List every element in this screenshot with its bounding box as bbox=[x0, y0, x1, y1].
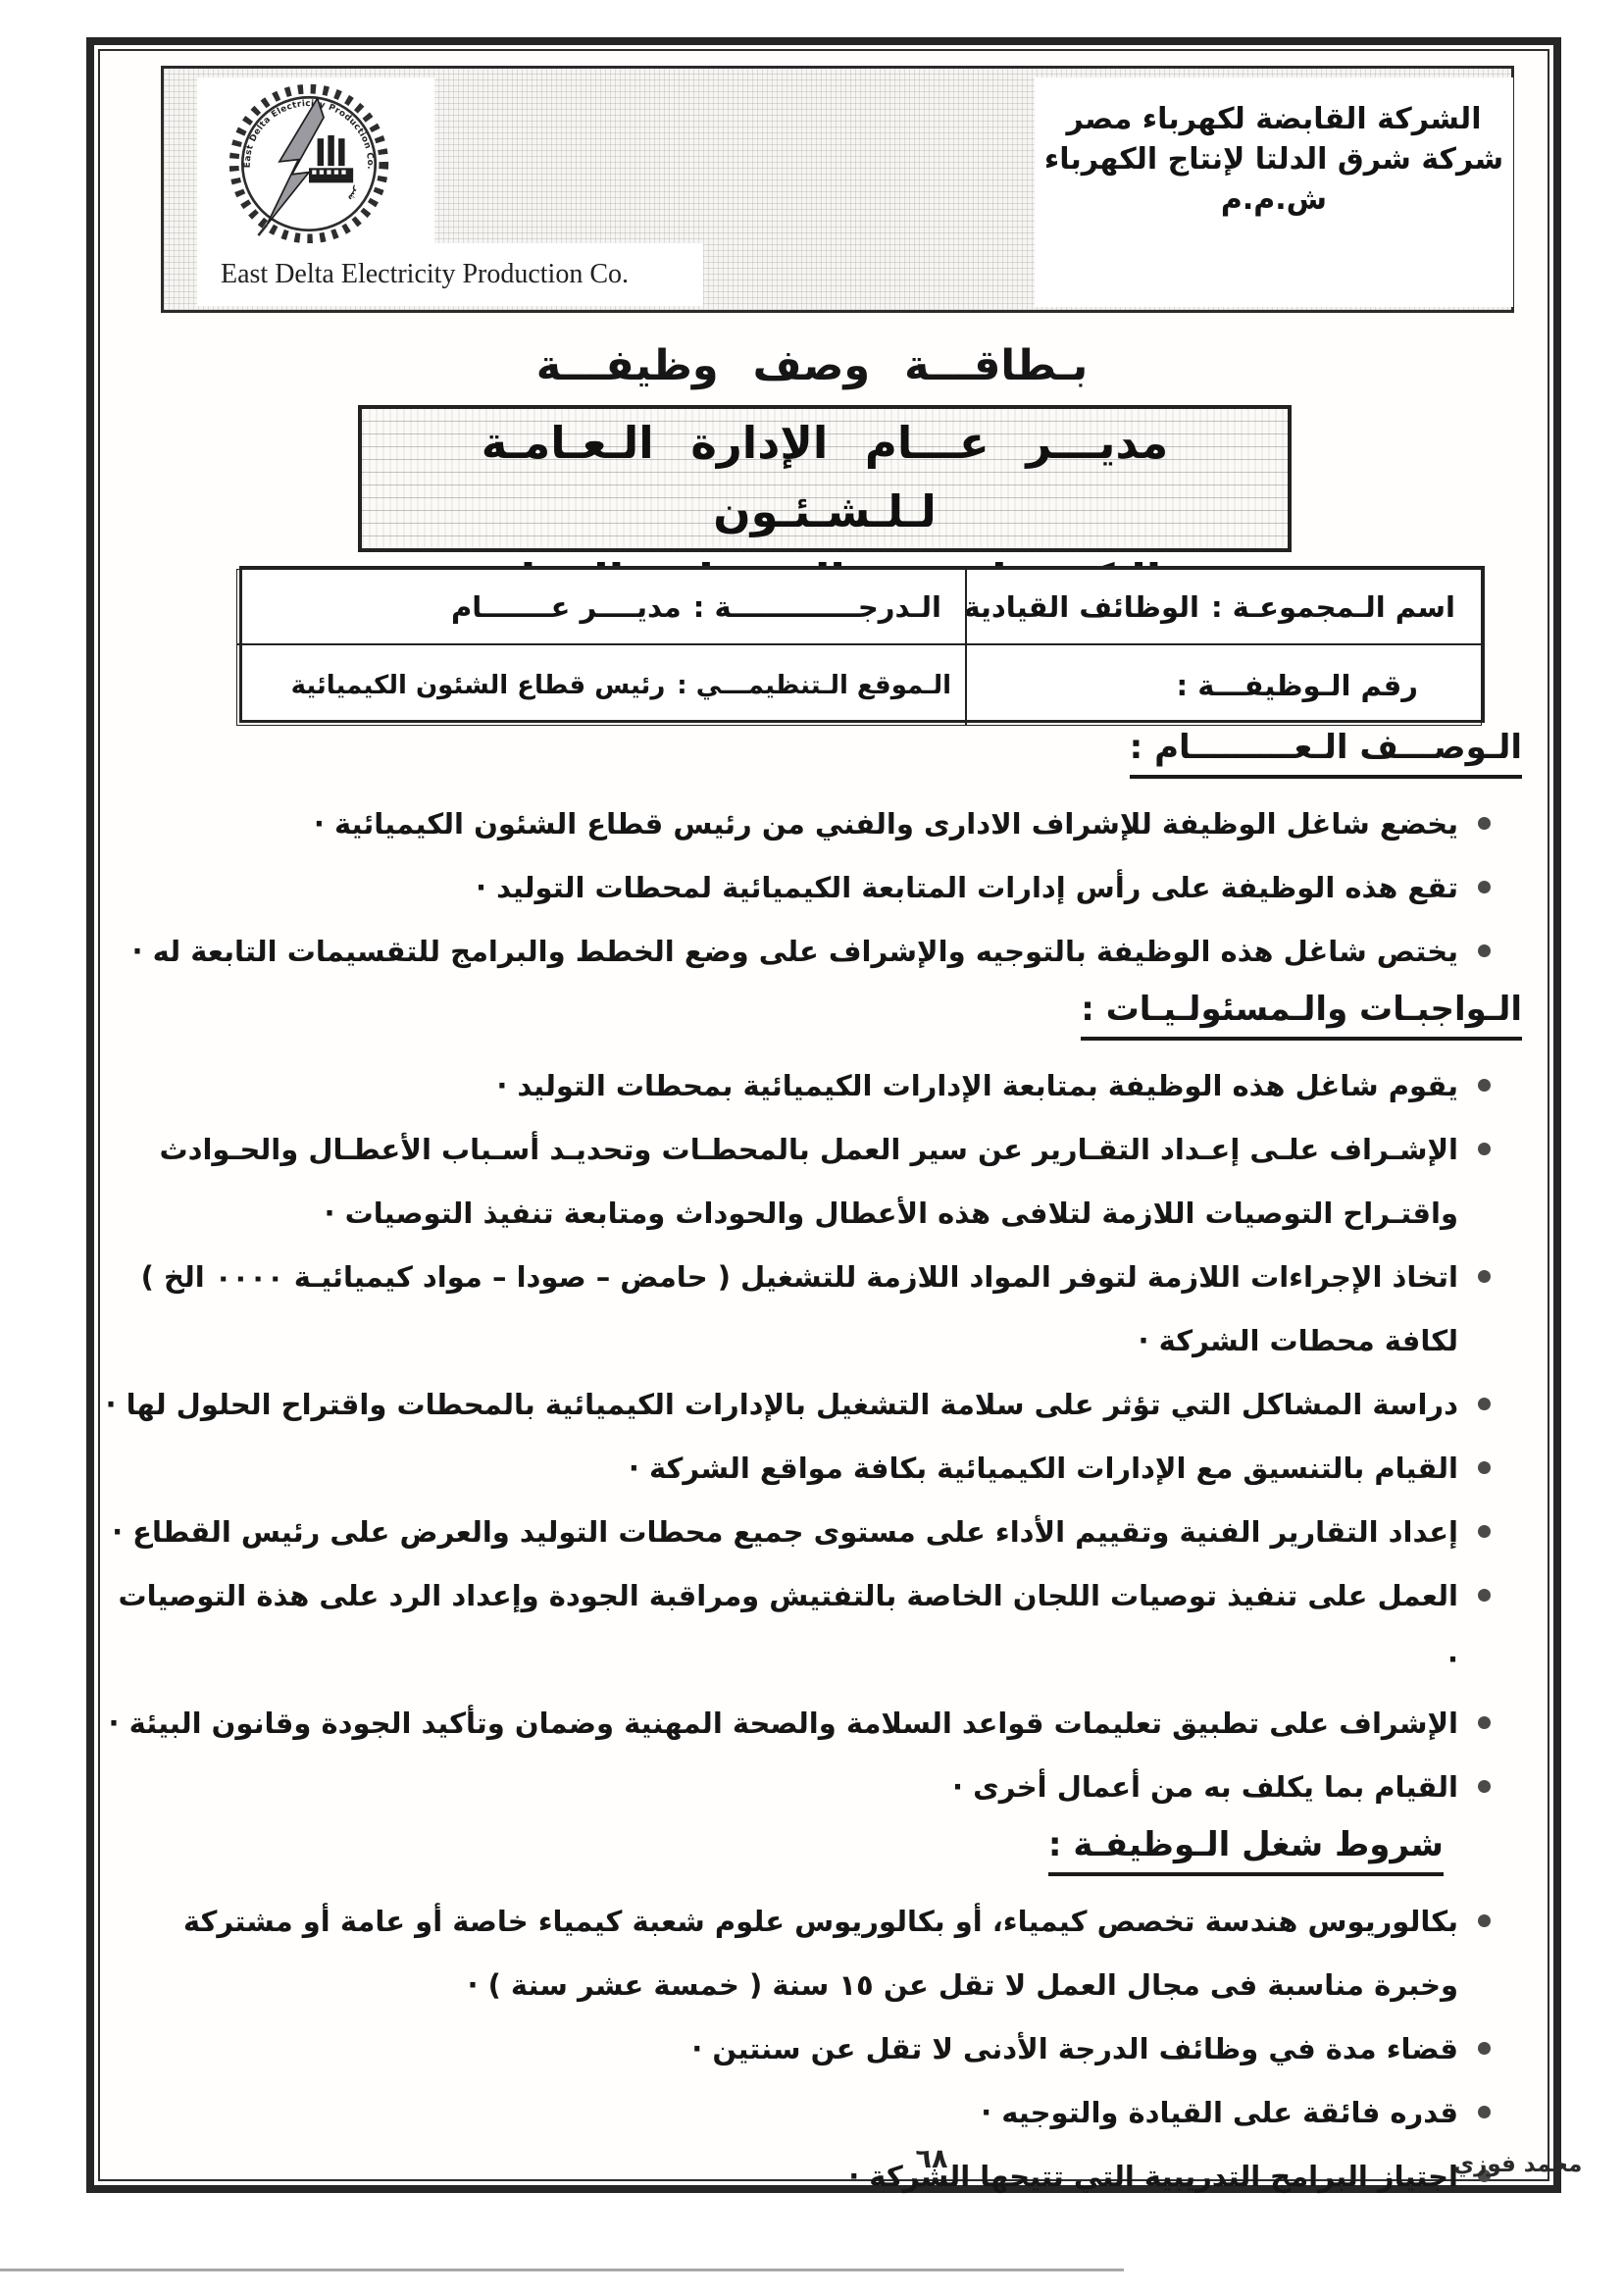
list-item-text: قضاء مدة في وظائف الدرجة الأدنى لا تقل ع… bbox=[691, 2017, 1458, 2081]
list-item: بكالوريوس هندسة تخصص كيمياء، أو بكالوريو… bbox=[102, 1890, 1495, 2017]
section-heading: شروط شغل الـوظيفـة : bbox=[102, 1825, 1444, 1876]
job-title-box: مديـــر عـــام الإدارة الـعـامـة لـلـشـئ… bbox=[358, 405, 1292, 552]
list-item: الإشـراف علـى إعـداد التقـارير عن سير ال… bbox=[102, 1118, 1495, 1246]
list-item-text: يقوم شاغل هذه الوظيفة بمتابعة الإدارات ا… bbox=[496, 1054, 1458, 1118]
bullet-icon bbox=[1478, 2042, 1491, 2055]
group-name-cell: اسم الـمجموعـة : الوظائف القيادية bbox=[966, 569, 1482, 644]
org-position-value: رئيس قطاع الشئون الكيميائية bbox=[291, 671, 666, 700]
bullet-icon bbox=[1478, 1525, 1491, 1538]
job-title-line1: مديـــر عـــام الإدارة الـعـامـة لـلـشـئ… bbox=[362, 409, 1288, 546]
company-seal-gear-lightning-logo: East Delta Electricity Production Co. شر… bbox=[225, 79, 393, 248]
list-item: اجتياز البرامج التدريبية التي تتيحها الش… bbox=[102, 2145, 1495, 2209]
section-general-description: الـوصـــف الـعـــــــــام : يخضع شاغل ال… bbox=[102, 728, 1528, 984]
duties-list: يقوم شاغل هذه الوظيفة بمتابعة الإدارات ا… bbox=[102, 1054, 1528, 1819]
list-item: يقوم شاغل هذه الوظيفة بمتابعة الإدارات ا… bbox=[102, 1054, 1495, 1118]
bullet-icon bbox=[1478, 881, 1491, 893]
list-item: الإشراف على تطبيق تعليمات قواعد السلامة … bbox=[102, 1692, 1495, 1756]
list-item: القيام بما يكلف به من أعمال أخرى · bbox=[102, 1756, 1495, 1819]
list-item-text: يختص شاغل هذه الوظيفة بالتوجيه والإشراف … bbox=[132, 920, 1458, 984]
company-name-arabic-block: الشركة القابضة لكهرباء مصر شركة شرق الدل… bbox=[1035, 77, 1513, 307]
list-item-text: بكالوريوس هندسة تخصص كيمياء، أو بكالوريو… bbox=[102, 1890, 1458, 2017]
section-job-conditions: شروط شغل الـوظيفـة : بكالوريوس هندسة تخص… bbox=[102, 1825, 1528, 2209]
list-item-text: الإشراف على تطبيق تعليمات قواعد السلامة … bbox=[109, 1692, 1458, 1756]
group-name-value: الوظائف القيادية bbox=[966, 590, 1199, 624]
header-box: East Delta Electricity Production Co. شر… bbox=[161, 66, 1514, 313]
logo-panel: East Delta Electricity Production Co. شر… bbox=[197, 77, 434, 250]
list-item: يخضع شاغل الوظيفة للإشراف الادارى والفني… bbox=[102, 792, 1495, 856]
bullet-icon bbox=[1478, 1716, 1491, 1729]
company-name-english: East Delta Electricity Production Co. bbox=[197, 259, 629, 290]
list-item: القيام بالتنسيق مع الإدارات الكيميائية ب… bbox=[102, 1437, 1495, 1501]
org-position-label: الـموقع الـتنظيمـــي : bbox=[677, 671, 951, 700]
job-number-cell: رقم الـوظيفـــة : bbox=[966, 644, 1482, 726]
bullet-icon bbox=[1478, 1398, 1491, 1410]
grade-value: مديــــر عـــــــام bbox=[451, 590, 682, 624]
job-number-label: رقم الـوظيفـــة : bbox=[1177, 669, 1419, 702]
conditions-list: بكالوريوس هندسة تخصص كيمياء، أو بكالوريو… bbox=[102, 1890, 1528, 2209]
section-duties-responsibilities: الـواجبـات والـمسئولـيـات : يقوم شاغل هذ… bbox=[102, 990, 1528, 1819]
list-item: تقع هذه الوظيفة على رأس إدارات المتابعة … bbox=[102, 856, 1495, 920]
list-item: إعداد التقارير الفنية وتقييم الأداء على … bbox=[102, 1501, 1495, 1564]
list-item: العمل على تنفيذ توصيات اللجان الخاصة بال… bbox=[102, 1564, 1495, 1692]
scanned-job-description-page: { "header": { "company_name_en": "East D… bbox=[0, 0, 1624, 2294]
section-heading-text: الـوصـــف الـعـــــــــام : bbox=[1130, 728, 1522, 779]
job-info-table: اسم الـمجموعـة : الوظائف القيادية الـدرج… bbox=[239, 566, 1485, 723]
list-item-text: يخضع شاغل الوظيفة للإشراف الادارى والفني… bbox=[314, 792, 1458, 856]
list-item-text: القيام بما يكلف به من أعمال أخرى · bbox=[952, 1756, 1458, 1819]
bullet-icon bbox=[1478, 1914, 1491, 1927]
list-item: دراسة المشاكل التي تؤثر على سلامة التشغي… bbox=[102, 1373, 1495, 1437]
list-item-text: إعداد التقارير الفنية وتقييم الأداء على … bbox=[112, 1501, 1458, 1564]
list-item: قدره فائقة على القيادة والتوجيه · bbox=[102, 2081, 1495, 2145]
org-position-cell: الـموقع الـتنظيمـــي : رئيس قطاع الشئون … bbox=[236, 644, 966, 726]
group-name-label: اسم الـمجموعـة : bbox=[1211, 590, 1455, 624]
bullet-icon bbox=[1478, 817, 1491, 830]
list-item: يختص شاغل هذه الوظيفة بالتوجيه والإشراف … bbox=[102, 920, 1495, 984]
list-item-text: اتخاذ الإجراءات اللازمة لتوفر المواد الل… bbox=[102, 1246, 1458, 1373]
general-description-list: يخضع شاغل الوظيفة للإشراف الادارى والفني… bbox=[102, 792, 1528, 984]
bullet-icon bbox=[1478, 1143, 1491, 1155]
bullet-icon bbox=[1478, 944, 1491, 957]
bullet-icon bbox=[1478, 2106, 1491, 2118]
list-item-text: دراسة المشاكل التي تؤثر على سلامة التشغي… bbox=[106, 1373, 1458, 1437]
list-item: قضاء مدة في وظائف الدرجة الأدنى لا تقل ع… bbox=[102, 2017, 1495, 2081]
page-number: ٦٨ bbox=[843, 2144, 1020, 2174]
list-item-text: القيام بالتنسيق مع الإدارات الكيميائية ب… bbox=[629, 1437, 1458, 1501]
list-item-text: الإشـراف علـى إعـداد التقـارير عن سير ال… bbox=[102, 1118, 1458, 1246]
grade-label: الـدرجـــــــــــــة : bbox=[693, 590, 941, 624]
scan-artifact-line bbox=[0, 2269, 1124, 2271]
signature-name: محمد فوزي bbox=[1453, 2152, 1582, 2177]
page-title: بـطاقـــة وصف وظيفـــة bbox=[0, 341, 1624, 390]
section-heading: الـواجبـات والـمسئولـيـات : bbox=[102, 990, 1522, 1041]
bullet-icon bbox=[1478, 1461, 1491, 1474]
bullet-icon bbox=[1478, 1589, 1491, 1602]
company-name-ar-line2: شركة شرق الدلتا لإنتاج الكهرباء bbox=[1035, 139, 1513, 179]
section-heading-text: الـواجبـات والـمسئولـيـات : bbox=[1081, 990, 1522, 1041]
document-body: الـوصـــف الـعـــــــــام : يخضع شاغل ال… bbox=[102, 728, 1528, 2215]
bullet-icon bbox=[1478, 1270, 1491, 1283]
section-heading: الـوصـــف الـعـــــــــام : bbox=[102, 728, 1522, 779]
list-item: اتخاذ الإجراءات اللازمة لتوفر المواد الل… bbox=[102, 1246, 1495, 1373]
list-item-text: تقع هذه الوظيفة على رأس إدارات المتابعة … bbox=[476, 856, 1458, 920]
grade-cell: الـدرجـــــــــــــة : مديــــر عـــــــ… bbox=[236, 569, 966, 644]
section-heading-text: شروط شغل الـوظيفـة : bbox=[1048, 1825, 1444, 1876]
bullet-icon bbox=[1478, 1079, 1491, 1092]
list-item-text: قدره فائقة على القيادة والتوجيه · bbox=[981, 2081, 1458, 2145]
company-name-ar-line3: ش.م.م bbox=[1035, 179, 1513, 220]
company-name-ar-line1: الشركة القابضة لكهرباء مصر bbox=[1035, 99, 1513, 139]
list-item-text: العمل على تنفيذ توصيات اللجان الخاصة بال… bbox=[102, 1564, 1458, 1692]
company-caption-panel: East Delta Electricity Production Co. bbox=[197, 243, 703, 306]
bullet-icon bbox=[1478, 1780, 1491, 1793]
